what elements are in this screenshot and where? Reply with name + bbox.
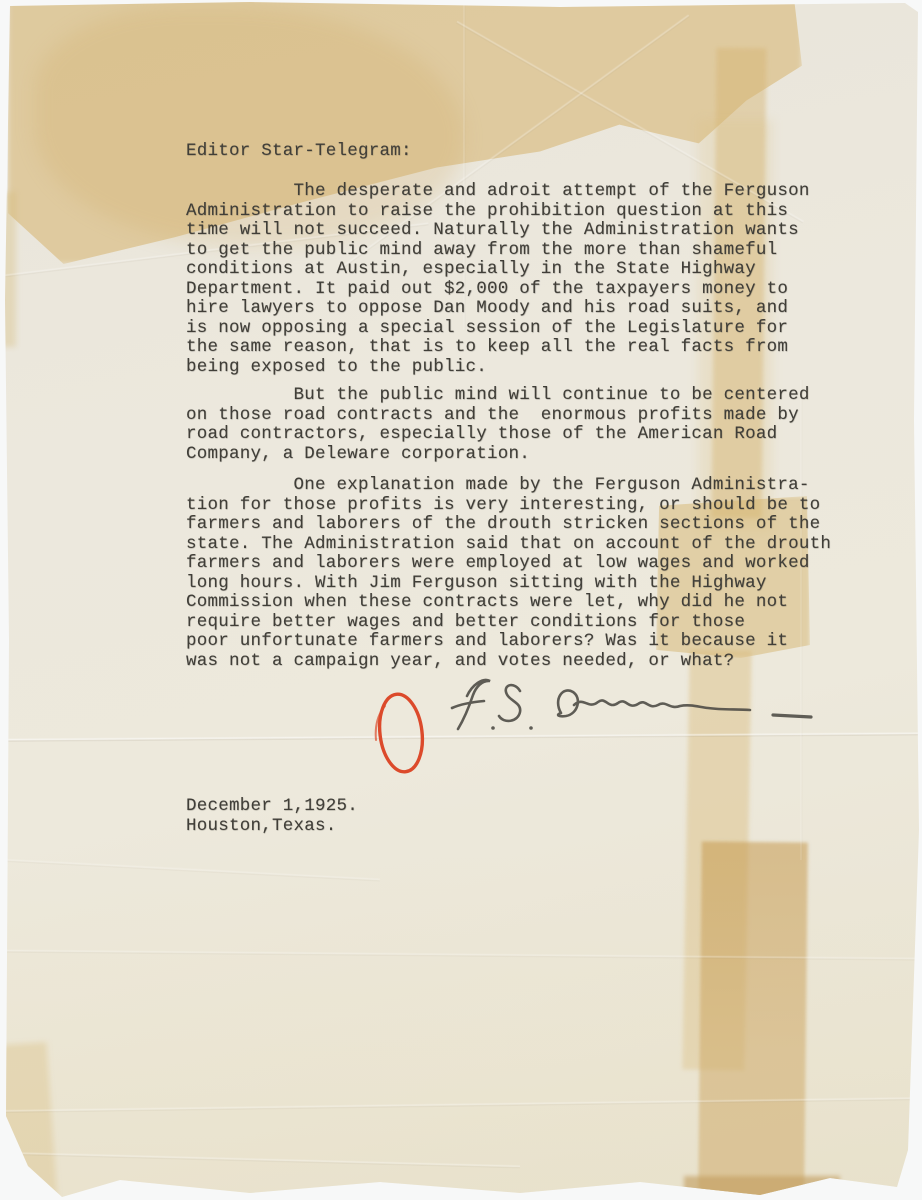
- signature-handwriting: [452, 680, 811, 730]
- fold-crease-lower-2: [0, 1097, 922, 1114]
- date-line: December 1,1925.: [186, 797, 358, 817]
- signature-block: [355, 660, 825, 795]
- fold-crease-lower-4: [0, 1151, 520, 1169]
- scan-background: Editor Star-Telegram: The desperate and …: [0, 0, 922, 1200]
- red-oval-annotation: [375, 692, 426, 775]
- tape-stain-right-bottom: [698, 841, 808, 1198]
- tape-stain-left-edge: [0, 192, 16, 347]
- paragraph-1: The desperate and adroit attempt of the …: [186, 182, 810, 377]
- fold-crease-lower-3: [0, 858, 380, 882]
- fold-crease-lower-1: [0, 949, 922, 961]
- place-line: Houston,Texas.: [186, 817, 337, 837]
- paper-discoloration-bottom: [0, 855, 922, 1200]
- paragraph-3: One explanation made by the Ferguson Adm…: [186, 476, 831, 671]
- tape-stain-bottom-edge: [684, 1176, 840, 1200]
- letter-paper: Editor Star-Telegram: The desperate and …: [0, 0, 922, 1200]
- paragraph-2: But the public mind will continue to be …: [186, 386, 810, 464]
- tape-stain-left-bottom: [0, 1042, 57, 1200]
- salutation: Editor Star-Telegram:: [186, 142, 412, 162]
